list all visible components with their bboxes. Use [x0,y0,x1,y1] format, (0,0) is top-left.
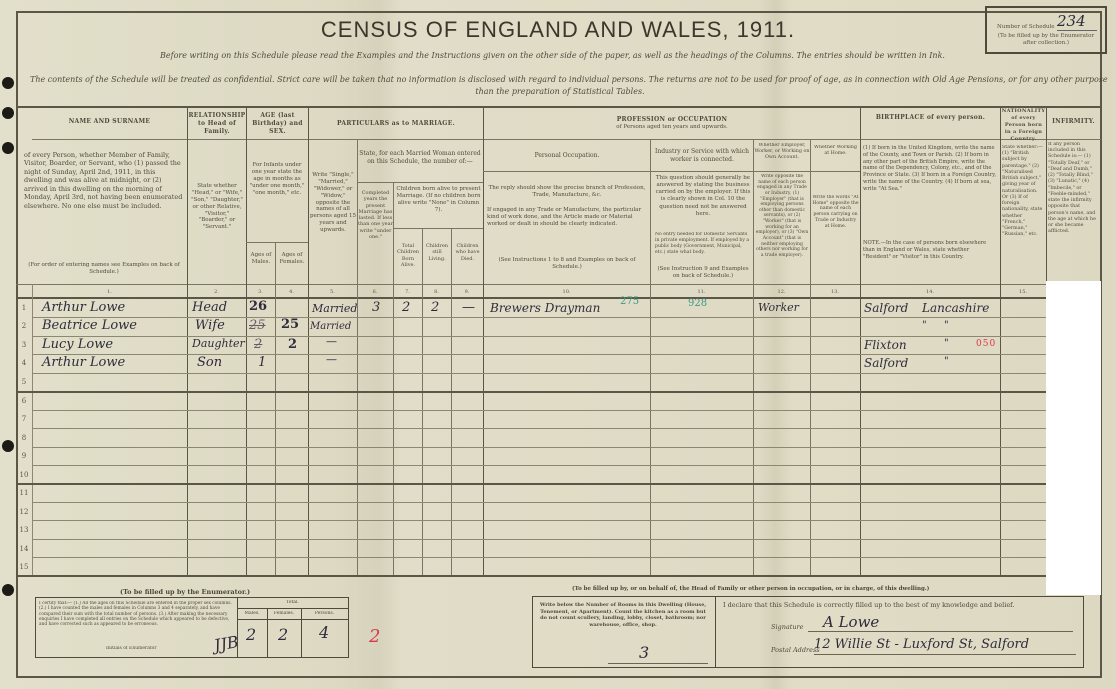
header-name-body: of every Person, whether Member of Famil… [24,151,184,210]
punch-hole [2,142,14,154]
header-name-note: (For order of entering names see Example… [24,262,184,276]
cell-children-died[interactable]: — [462,300,475,315]
cell-occupation-code: 275 [620,296,639,307]
row-number: 13 [17,526,31,534]
cell-marital[interactable]: — [326,353,337,366]
header-col13-body: Write the words "At Home" opposite the n… [812,195,859,229]
col-number: 6. [357,289,393,295]
total-label: Total. [237,600,348,606]
header-col11-body1: This question should generally be answer… [655,175,751,218]
row-number: 4 [17,359,31,367]
cell-industry-code: 928 [688,298,707,309]
header-occupation: PROFESSION or OCCUPATIONof Persons aged … [484,116,860,131]
cell-age-male[interactable]: 26 [249,299,267,314]
initials-label: Initials of Enumerator [106,646,157,652]
col-number: 12. [753,289,810,295]
confidential-line-2: than the preparation of Statistical Tabl… [30,87,1090,96]
cell-birthplace-county[interactable]: Lancashire [922,301,989,315]
col-number: 1. [32,289,187,295]
frame-bottom [16,676,1102,678]
punch-hole [2,77,14,89]
cell-birthplace-town[interactable]: Salford [864,301,908,315]
header-name: NAME AND SURNAME [32,118,187,126]
col-number: 4. [275,289,308,295]
col-number: 2. [187,289,246,295]
header-nationality-body: State whether:— (1) "British subject by … [1002,145,1045,239]
cell-birthplace-county[interactable]: " [944,338,949,349]
row-number: 6 [17,397,31,405]
row-number: 1 [17,304,31,312]
header-col11-body3: (See Instruction 9 and Examples on back … [655,266,751,280]
row-number: 2 [17,322,31,330]
table-bottom-rule [16,575,1101,577]
cell-birthplace-town[interactable]: " [922,320,927,331]
header-ages-males: Ages of Males. [247,252,275,266]
header-marriage: PARTICULARS as to MARRIAGE. [309,120,483,128]
total-females[interactable]: 2 [278,625,288,644]
row-number: 8 [17,434,31,442]
cell-relationship[interactable]: Wife [195,318,225,333]
address-value[interactable]: 12 Willie St - Luxford St, Salford [814,637,1029,652]
cell-employment[interactable]: Worker [758,301,799,314]
signature-label: Signature [771,623,804,631]
punch-hole [2,107,14,119]
cell-name[interactable]: Beatrice Lowe [42,318,137,333]
signature-value[interactable]: A Lowe [823,613,879,631]
cell-relationship[interactable]: Head [192,300,227,315]
col-number: 13. [810,289,860,295]
row-number: 15 [17,563,31,571]
cell-marital[interactable]: — [326,335,337,348]
red-tally-mark: 2 [369,626,380,647]
header-col12-body: Write opposite the name of each person e… [755,174,809,258]
census-page: CENSUS OF ENGLAND AND WALES, 1911. Befor… [0,0,1116,689]
header-col9: Children who have Died. [452,243,483,262]
row-number: 12 [17,508,31,516]
cell-name[interactable]: Arthur Lowe [42,300,125,315]
header-col7: Total Children Born Alive. [394,243,422,268]
header-col6: Completed years the present Marriage has… [358,190,393,240]
header-age: AGE (last Birthday) and SEX. [247,112,308,136]
col-number: 15. [1000,289,1046,295]
header-birthplace-body: (1) If born in the United Kingdom, write… [863,145,998,192]
header-col10-body3: (See Instructions 1 to 8 and Examples on… [487,257,647,271]
header-infirmity: INFIRMITY. [1047,118,1100,126]
header-col10-body1: The reply should show the precise branch… [487,185,647,199]
frame-top [16,11,1101,13]
row-number: 11 [17,489,31,497]
header-married-woman: State, for each Married Woman entered on… [359,150,481,165]
confidential-line: The contents of the Schedule will be tre… [30,75,1090,84]
colnum-rule-top [16,284,1101,285]
cell-marital[interactable]: Married [310,321,351,332]
cell-occupation[interactable]: Brewers Drayman [490,301,600,315]
rooms-count[interactable]: 3 [639,643,649,662]
row-number: 5 [17,378,31,386]
col-number: 8. [422,289,451,295]
cell-age-female[interactable]: 2 [288,337,297,352]
cell-age-female[interactable]: 25 [281,317,299,332]
header-col12-title: Whether Employer, Worker, or Working on … [754,143,810,161]
cell-name[interactable]: Lucy Lowe [42,337,113,352]
table-top-rule [16,106,1101,108]
cell-age-male-struck[interactable]: 25 [249,318,266,333]
header-col10-title: Personal Occupation. [484,152,650,160]
cell-age-male[interactable]: 1 [258,355,266,370]
rooms-instruction: Write below the Number of Rooms in this … [538,602,708,628]
cell-years-married[interactable]: 3 [372,300,380,315]
col-number: 5. [308,289,357,295]
head-section-box: Write below the Number of Rooms in this … [532,596,1084,668]
males-label: Males. [237,611,267,617]
header-col5: Write "Single," "Married," "Widower," or… [310,172,356,234]
row-number: 10 [17,471,31,479]
page-title: CENSUS OF ENGLAND AND WALES, 1911. [0,17,1116,43]
header-relationship-body: State whether "Head," or "Wife," "Son," … [190,183,244,231]
col-number: 11. [650,289,753,295]
enumerator-certify: I certify that:— (1.) All the ages on th… [39,601,237,628]
cell-birthplace-county[interactable]: " [944,320,949,331]
cell-relationship[interactable]: Daughter [192,337,245,350]
header-col10-body2: If engaged in any Trade or Manufacture, … [487,207,647,228]
header-col13-title: Whether Working at Home. [811,145,860,157]
head-section-heading: (To be filled up by, or on behalf of, th… [572,586,929,592]
cell-birthplace-code: 050 [976,339,996,349]
header-birthplace: BIRTHPLACE of every person. [861,114,1000,122]
enumerator-heading: (To be filled up by the Enumerator.) [120,588,250,596]
total-persons[interactable]: 4 [319,623,329,642]
cell-birthplace-town[interactable]: Salford [864,356,908,370]
header-nationality: NATIONALITY of every Person born in a Fo… [1001,108,1046,143]
header-infirmity-body: If any person included in this Schedule … [1048,142,1099,236]
row-number: 14 [17,545,31,553]
schedule-number-label: Number of Schedule [997,24,1055,30]
cell-marital[interactable]: Married [312,302,357,315]
declaration: I declare that this Schedule is correctl… [723,601,1073,609]
col-number: 7. [393,289,422,295]
schedule-number-value[interactable]: 234 [1057,12,1097,31]
header-ages-females: Ages of Females. [276,252,308,266]
col-number: 3. [246,289,275,295]
row-number: 9 [17,452,31,460]
header-col11-body2: No entry needed for Domestic Servants in… [655,232,751,256]
address-label: Postal Address [771,646,820,654]
punch-hole [2,440,14,452]
header-relationship: RELATIONSHIP to Head of Family. [188,112,246,136]
cell-name[interactable]: Arthur Lowe [42,355,125,370]
females-label: Females. [267,611,301,617]
enumerator-initials[interactable]: JJB [213,632,241,655]
header-age-body: For Infants under one year state the age… [248,162,306,196]
schedule-number-box: Number of Schedule 234 (To be filled up … [985,6,1107,54]
col-number: 10. [483,289,650,295]
cell-birthplace-county[interactable]: " [944,356,949,367]
header-divider [32,139,1101,140]
row-number: 7 [17,415,31,423]
enumerator-box: I certify that:— (1.) All the ages on th… [35,597,349,658]
colnum-rule-bottom [16,297,1101,299]
header-col11-title: Industry or Service with which worker is… [652,148,752,163]
redacted-infirmity-column [1046,281,1101,595]
header-birthplace-note: NOTE.—In the case of persons born elsewh… [863,240,998,260]
cell-children-living[interactable]: 2 [431,300,439,315]
punch-hole [2,584,14,596]
col-number: 14. [860,289,1000,295]
cell-children-total[interactable]: 2 [402,300,410,315]
schedule-number-note: (To be filled up by the Enumerator after… [991,33,1101,46]
cell-birthplace-town[interactable]: Flixton [864,338,907,352]
col-number: 9. [451,289,483,295]
instruction-line: Before writing on this Schedule please r… [160,51,940,60]
row-number: 3 [17,341,31,349]
header-children: Children born alive to present Marriage.… [394,186,483,214]
cell-relationship[interactable]: Son [197,355,222,370]
total-males[interactable]: 2 [246,625,256,644]
cell-age-male-struck[interactable]: 2 [254,337,262,352]
persons-label: Persons. [301,611,348,617]
header-col8: Children still Living. [423,243,451,262]
